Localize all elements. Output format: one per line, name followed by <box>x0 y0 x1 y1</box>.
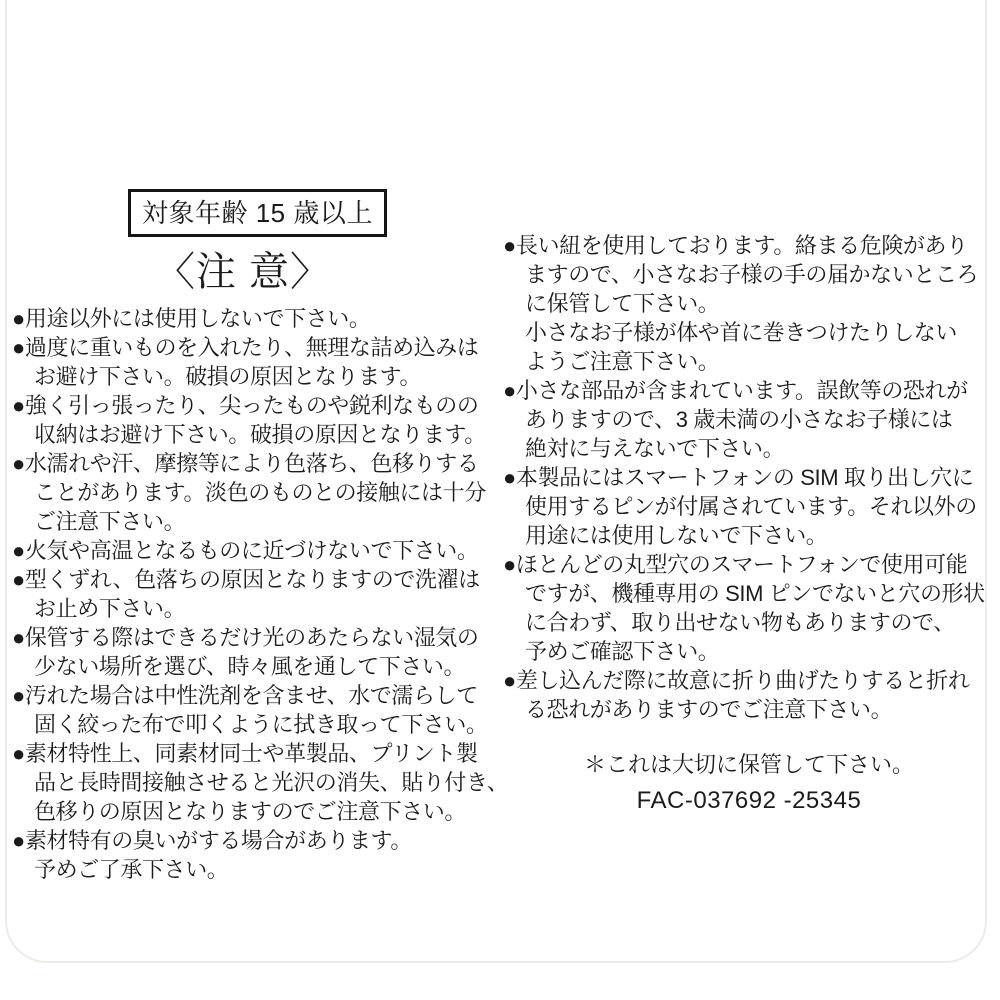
caution-line-bulleted: ●差し込んだ際に故意に折り曲げたりすると折れ <box>503 666 995 695</box>
caution-item: ●火気や高温となるものに近づけないで下さい。 <box>12 536 498 565</box>
caution-line: 予めご了承下さい。 <box>34 855 498 884</box>
caution-item: ●小さな部品が含まれています。誤飲等の恐れがありますので、3 歳未満の小さなお子… <box>503 376 995 463</box>
caution-line-bulleted: ●長い紐を使用しております。絡まる危険があり <box>503 231 995 260</box>
caution-line: ですが、機種専用の SIM ピンでないと穴の形状 <box>525 579 995 608</box>
caution-line: 用途には使用しないで下さい。 <box>525 521 995 550</box>
caution-line: に保管して下さい。 <box>525 289 995 318</box>
caution-item: ●型くずれ、色落ちの原因となりますので洗濯はお止め下さい。 <box>12 565 498 623</box>
caution-item: ●過度に重いものを入れたり、無理な詰め込みはお避け下さい。破損の原因となります。 <box>12 333 498 391</box>
caution-line: に合わず、取り出せない物もありますので、 <box>525 608 995 637</box>
caution-line: 小さなお子様が体や首に巻きつけたりしない <box>525 318 995 347</box>
caution-item: ●素材特有の臭いがする場合があります。予めご了承下さい。 <box>12 826 498 884</box>
caution-item: ●ほとんどの丸型穴のスマートフォンで使用可能ですが、機種専用の SIM ピンでな… <box>503 550 995 666</box>
caution-line-bulleted: ●強く引っ張ったり、尖ったものや鋭利なものの <box>12 391 498 420</box>
caution-line: る恐れがありますのでご注意下さい。 <box>525 695 995 724</box>
caution-list-right: ●長い紐を使用しております。絡まる危険がありますので、小さなお子様の手の届かない… <box>503 231 995 724</box>
caution-line-bulleted: ●型くずれ、色落ちの原因となりますので洗濯は <box>12 565 498 594</box>
caution-line: ことがあります。淡色のものとの接触には十分 <box>34 478 498 507</box>
caution-line-bulleted: ●ほとんどの丸型穴のスマートフォンで使用可能 <box>503 550 995 579</box>
caution-line-bulleted: ●素材特性上、同素材同士や革製品、プリント製 <box>12 739 498 768</box>
caution-line-bulleted: ●過度に重いものを入れたり、無理な詰め込みは <box>12 333 498 362</box>
caution-item: ●用途以外には使用しないで下さい。 <box>12 304 498 333</box>
caution-item: ●保管する際はできるだけ光のあたらない湿気の少ない場所を選び、時々風を通して下さ… <box>12 623 498 681</box>
caution-line-bulleted: ●水濡れや汗、摩擦等により色落ち、色移りする <box>12 449 498 478</box>
caution-item: ●汚れた場合は中性洗剤を含ませ、水で濡らして固く絞った布で叩くように拭き取って下… <box>12 681 498 739</box>
caution-line: 絶対に与えないで下さい。 <box>525 434 995 463</box>
caution-title: 〈注 意〉 <box>118 246 368 298</box>
caution-line: 使用するピンが付属されています。それ以外の <box>525 492 995 521</box>
caution-line: ますので、小さなお子様の手の届かないところ <box>525 260 995 289</box>
caution-line: 品と長時間接触させると光沢の消失、貼り付き、 <box>34 768 498 797</box>
caution-line: 少ない場所を選び、時々風を通して下さい。 <box>34 652 498 681</box>
caution-line-bulleted: ●火気や高温となるものに近づけないで下さい。 <box>12 536 498 565</box>
caution-line-bulleted: ●小さな部品が含まれています。誤飲等の恐れが <box>503 376 995 405</box>
keep-this-note: ＊これは大切に保管して下さい。 <box>503 750 995 779</box>
caution-list-left: ●用途以外には使用しないで下さい。●過度に重いものを入れたり、無理な詰め込みはお… <box>12 304 498 884</box>
caution-line: ようご注意下さい。 <box>525 347 995 376</box>
caution-item: ●長い紐を使用しております。絡まる危険がありますので、小さなお子様の手の届かない… <box>503 231 995 376</box>
caution-line: ご注意下さい。 <box>34 507 498 536</box>
caution-line: 色移りの原因となりますのでご注意下さい。 <box>34 797 498 826</box>
age-restriction-box: 対象年齢 15 歳以上 <box>128 189 387 237</box>
caution-item: ●水濡れや汗、摩擦等により色落ち、色移りすることがあります。淡色のものとの接触に… <box>12 449 498 536</box>
caution-line: 収納はお避け下さい。破損の原因となります。 <box>34 420 498 449</box>
caution-item: ●素材特性上、同素材同士や革製品、プリント製品と長時間接触させると光沢の消失、貼… <box>12 739 498 826</box>
caution-line-bulleted: ●保管する際はできるだけ光のあたらない湿気の <box>12 623 498 652</box>
right-column: ●長い紐を使用しております。絡まる危険がありますので、小さなお子様の手の届かない… <box>503 231 995 816</box>
caution-line-bulleted: ●素材特有の臭いがする場合があります。 <box>12 826 498 855</box>
caution-line: お避け下さい。破損の原因となります。 <box>34 362 498 391</box>
caution-line-bulleted: ●本製品にはスマートフォンの SIM 取り出し穴に <box>503 463 995 492</box>
caution-line-bulleted: ●汚れた場合は中性洗剤を含ませ、水で濡らして <box>12 681 498 710</box>
caution-line: ありますので、3 歳未満の小さなお子様には <box>525 405 995 434</box>
caution-line: 予めご確認下さい。 <box>525 637 995 666</box>
footer: ＊これは大切に保管して下さい。 FAC-037692 -25345 <box>503 750 995 816</box>
caution-line-bulleted: ●用途以外には使用しないで下さい。 <box>12 304 498 333</box>
product-code: FAC-037692 -25345 <box>503 786 995 816</box>
caution-item: ●本製品にはスマートフォンの SIM 取り出し穴に使用するピンが付属されています… <box>503 463 995 550</box>
caution-line: 固く絞った布で叩くように拭き取って下さい。 <box>34 710 498 739</box>
caution-item: ●強く引っ張ったり、尖ったものや鋭利なものの収納はお避け下さい。破損の原因となり… <box>12 391 498 449</box>
caution-line: お止め下さい。 <box>34 594 498 623</box>
caution-item: ●差し込んだ際に故意に折り曲げたりすると折れる恐れがありますのでご注意下さい。 <box>503 666 995 724</box>
